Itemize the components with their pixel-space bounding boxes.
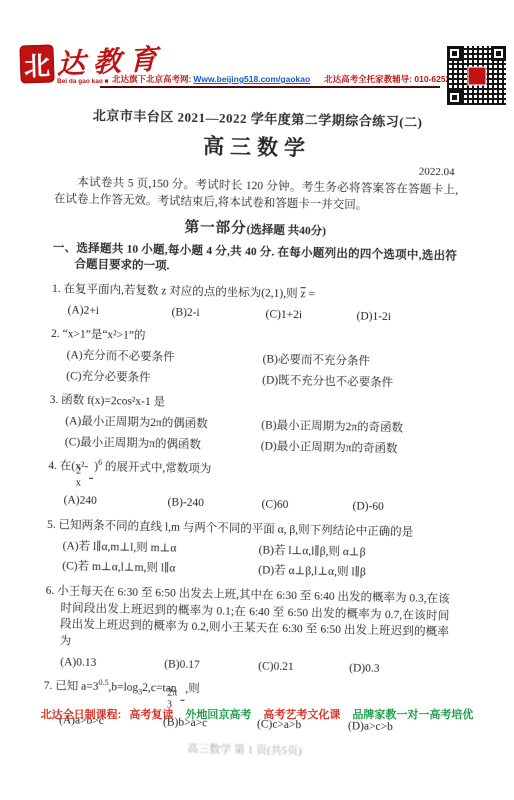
choice-instruction: 一、选择题共 10 小题,每小题 4 分,共 40 分. 在每小题列出的四个选项…: [52, 240, 457, 282]
exam-page: 北 达教育 Bei da gao kao ■ 北达旗下北京高考网:Www.bei…: [0, 0, 514, 800]
option-a: (A)最小正周期为2π的偶函数: [65, 413, 261, 434]
question-2: 2. “x>1”是“x²>1”的 (A)充分而不必要条件(B)必要而不充分条件 …: [50, 326, 455, 392]
question-6-stem: 6. 小王每天在 6:30 至 6:50 出发去上班,其中在 6:30 至 6:…: [44, 583, 449, 658]
header-info-line: 北达旗下北京高考网:Www.beijing518.com/gaokao北达高考全…: [112, 73, 469, 85]
section-heading: 第一部分(选择题 共40分): [53, 215, 457, 244]
option-a: (A)0.13: [60, 654, 164, 673]
option-c: (C)最小正周期为π的偶函数: [65, 434, 261, 455]
section-title: 第一部分: [184, 219, 246, 236]
stamp-character: 北: [23, 45, 50, 83]
qr-finder: [447, 46, 462, 61]
option-d: (D)既不充分也不必要条件: [262, 372, 393, 391]
option-b: (B)0.17: [164, 656, 258, 675]
option-a: (A)若 l∥α,m⊥l,则 m⊥α: [62, 538, 258, 559]
tutor-label: 北达高考全托家教辅导:: [324, 74, 412, 84]
qr-center-logo: [467, 66, 486, 85]
question-1: 1. 在复平面内,若复数 z 对应的点的坐标为(2,1),则 z = (A)2+…: [51, 281, 456, 327]
stem-text: 已知两条不同的直线 l,m 与两个不同的平面 α, β,则下列结论中正确的是: [58, 519, 413, 538]
question-number: 4.: [48, 460, 57, 472]
option-a: (A)2+i: [67, 302, 171, 321]
question-number: 1.: [52, 283, 61, 295]
fraction-denominator: x: [89, 478, 93, 490]
option-a: (A)充分而不必要条件: [66, 347, 262, 368]
option-b: (B)2-i: [171, 304, 265, 323]
header-underline: [100, 86, 440, 88]
scanned-paper: 北京市丰台区 2021—2022 学年度第二学期综合练习(二) 高三数学 202…: [42, 100, 460, 763]
question-4: 4. 在(x²-2x)6 的展开式中,常数项为 (A)240(B)-240(C)…: [47, 458, 452, 517]
option-c: (C)1+2i: [265, 306, 356, 325]
stem-text: ,则: [185, 683, 200, 695]
beida-stamp-logo: 北: [19, 44, 54, 83]
brand-pinyin: Bei da gao kao ■: [57, 78, 109, 85]
option-d: (D)1-2i: [356, 308, 391, 325]
option-b: (B)若 l⊥α,l∥β,则 α⊥β: [258, 542, 365, 561]
stem-text: 函数 f(x)=2cos²x-1 是: [61, 394, 165, 408]
qr-finder: [491, 46, 506, 61]
stem-text: 小王每天在 6:30 至 6:50 出发去上班,其中在 6:30 至 6:40 …: [57, 585, 450, 647]
question-number: 7.: [44, 680, 53, 692]
stem-text: 在复平面内,若复数 z 对应的点的坐标为(2,1),则: [63, 283, 300, 300]
option-c: (C)60: [261, 497, 352, 516]
site-url: Www.beijing518.com/gaokao: [193, 74, 310, 84]
question-number: 5.: [47, 519, 56, 531]
option-d: (D)-60: [352, 499, 384, 516]
question-3-options-row2: (C)最小正周期为π的偶函数(D)最小正周期为π的奇函数: [49, 434, 453, 459]
stem-text: 已知 a=3: [55, 680, 98, 693]
qr-finder: [447, 90, 462, 105]
exponent: 0.5: [98, 679, 108, 688]
stem-text: 在(x²-: [60, 460, 89, 473]
question-6: 6. 小王每天在 6:30 至 6:50 出发去上班,其中在 6:30 至 6:…: [44, 583, 450, 679]
question-2-options-row2: (C)充分必要条件(D)既不充分也不必要条件: [50, 368, 454, 393]
page-number: 高三数学 第 1 页(共5页): [42, 739, 446, 763]
fraction: 2x: [89, 467, 93, 489]
footer-item: 高考艺考文化课: [263, 709, 340, 721]
option-d: (D)0.3: [349, 660, 380, 677]
stem-text: ,b=log: [108, 682, 138, 695]
footer-item: 品牌家教一对一高考培优: [352, 709, 473, 721]
footer-item: 高考复读: [129, 709, 173, 721]
footer-label: 北达全日制课程:: [41, 709, 122, 721]
question-5: 5. 已知两条不同的直线 l,m 与两个不同的平面 α, β,则下列结论中正确的…: [46, 517, 451, 583]
question-number: 3.: [50, 394, 59, 406]
question-6-options: (A)0.13(B)0.17(C)0.21(D)0.3: [44, 654, 448, 679]
exam-notice: 本试卷共 5 页,150 分。考试时长 120 分钟。考生务必将答案答在答题卡上…: [54, 174, 459, 216]
question-3: 3. 函数 f(x)=2cos²x-1 是 (A)最小正周期为2π的偶函数(B)…: [49, 392, 454, 458]
qr-code-icon: [447, 46, 506, 105]
option-a: (A)240: [63, 493, 167, 512]
section-subtitle: (选择题 共40分): [246, 224, 326, 238]
option-b: (B)必要而不充分条件: [262, 351, 370, 370]
site-label: 北达旗下北京高考网:: [112, 74, 191, 84]
option-d: (D)最小正周期为π的奇函数: [261, 438, 398, 458]
option-c: (C)若 m⊥α,l⊥m,则 l∥α: [62, 559, 258, 580]
question-4-stem: 4. 在(x²-2x)6 的展开式中,常数项为: [48, 458, 453, 496]
option-b: (B)最小正周期为2π的奇函数: [261, 417, 403, 437]
question-1-options: (A)2+i(B)2-i(C)1+2i(D)1-2i: [51, 302, 455, 327]
fraction-numerator: 2π: [180, 689, 184, 700]
option-c: (C)0.21: [258, 658, 349, 677]
question-5-options-row2: (C)若 m⊥α,l⊥m,则 l∥α(D)若 α⊥β,l⊥α,则 l∥β: [46, 558, 450, 583]
question-4-options: (A)240(B)-240(C)60(D)-60: [47, 492, 451, 517]
footer-item: 外地回京高考: [185, 709, 251, 721]
stem-text: =: [305, 288, 315, 300]
question-number: 2.: [51, 328, 60, 340]
stem-text: 的展开式中,常数项为: [102, 461, 211, 475]
option-c: (C)充分必要条件: [66, 368, 262, 389]
option-d: (D)若 α⊥β,l⊥α,则 l∥β: [258, 563, 366, 582]
fraction-numerator: 2: [89, 467, 93, 478]
footer-promo-line: 北达全日制课程:高考复读外地回京高考高考艺考文化课品牌家教一对一高考培优: [0, 706, 514, 722]
option-b: (B)-240: [167, 495, 261, 514]
question-number: 6.: [46, 585, 55, 597]
stem-text: “x>1”是“x²>1”的: [62, 328, 145, 342]
